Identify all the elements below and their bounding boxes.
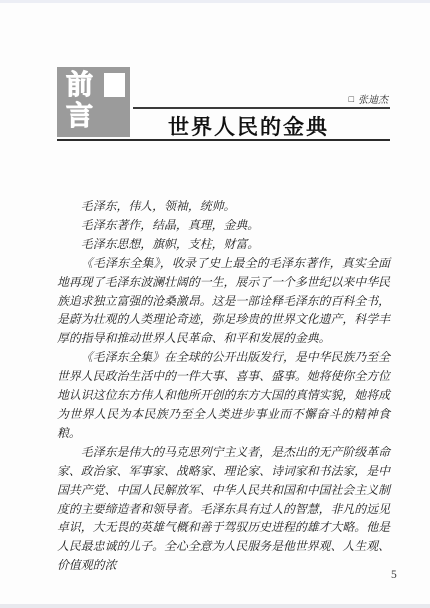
body-text: 毛泽东，伟人，领袖，统帅。毛泽东著作，结晶，真理，金典。毛泽东思想，旗帜，支柱，… [57,197,390,575]
preface-char-2: 言 [66,101,93,132]
scan-edge-top [0,0,430,3]
paragraph: 毛泽东，伟人，领袖，统帅。 [57,197,390,216]
preface-badge-label: 前 言 [66,70,93,132]
preface-badge: 前 言 [57,67,130,137]
author-name: 张迪杰 [358,95,388,106]
paragraph: 毛泽东是伟大的马克思列宁主义者，是杰出的无产阶级革命家、政治家、军事家、战略家、… [57,443,390,575]
page-number: 5 [391,569,397,581]
header-rule-bottom [57,139,390,141]
author-row: □张迪杰 [133,91,388,106]
paragraph: 毛泽东著作，结晶，真理，金典。 [57,216,390,235]
paragraph: 《毛泽东全集》，收录了史上最全的毛泽东著作，真实全面地再现了毛泽东波澜壮阔的一生… [57,254,390,349]
paragraph: 《毛泽东全集》在全球的公开出版发行，是中华民族乃至全世界人民政治生活中的一件大事… [57,348,390,443]
book-page: 前 言 □张迪杰 世界人民的金典 毛泽东，伟人，领袖，统帅。毛泽东著作，结晶，真… [0,0,430,608]
scan-edge-bottom [0,604,430,608]
page-title: 世界人民的金典 [133,111,390,141]
header-rule-top [133,107,390,109]
preface-char-1: 前 [66,70,93,101]
chapter-header: 前 言 □张迪杰 世界人民的金典 [57,67,390,147]
paragraph: 毛泽东思想，旗帜，支柱，财富。 [57,235,390,254]
badge-square-decoration [104,73,125,97]
author-marker-icon: □ [349,94,354,104]
